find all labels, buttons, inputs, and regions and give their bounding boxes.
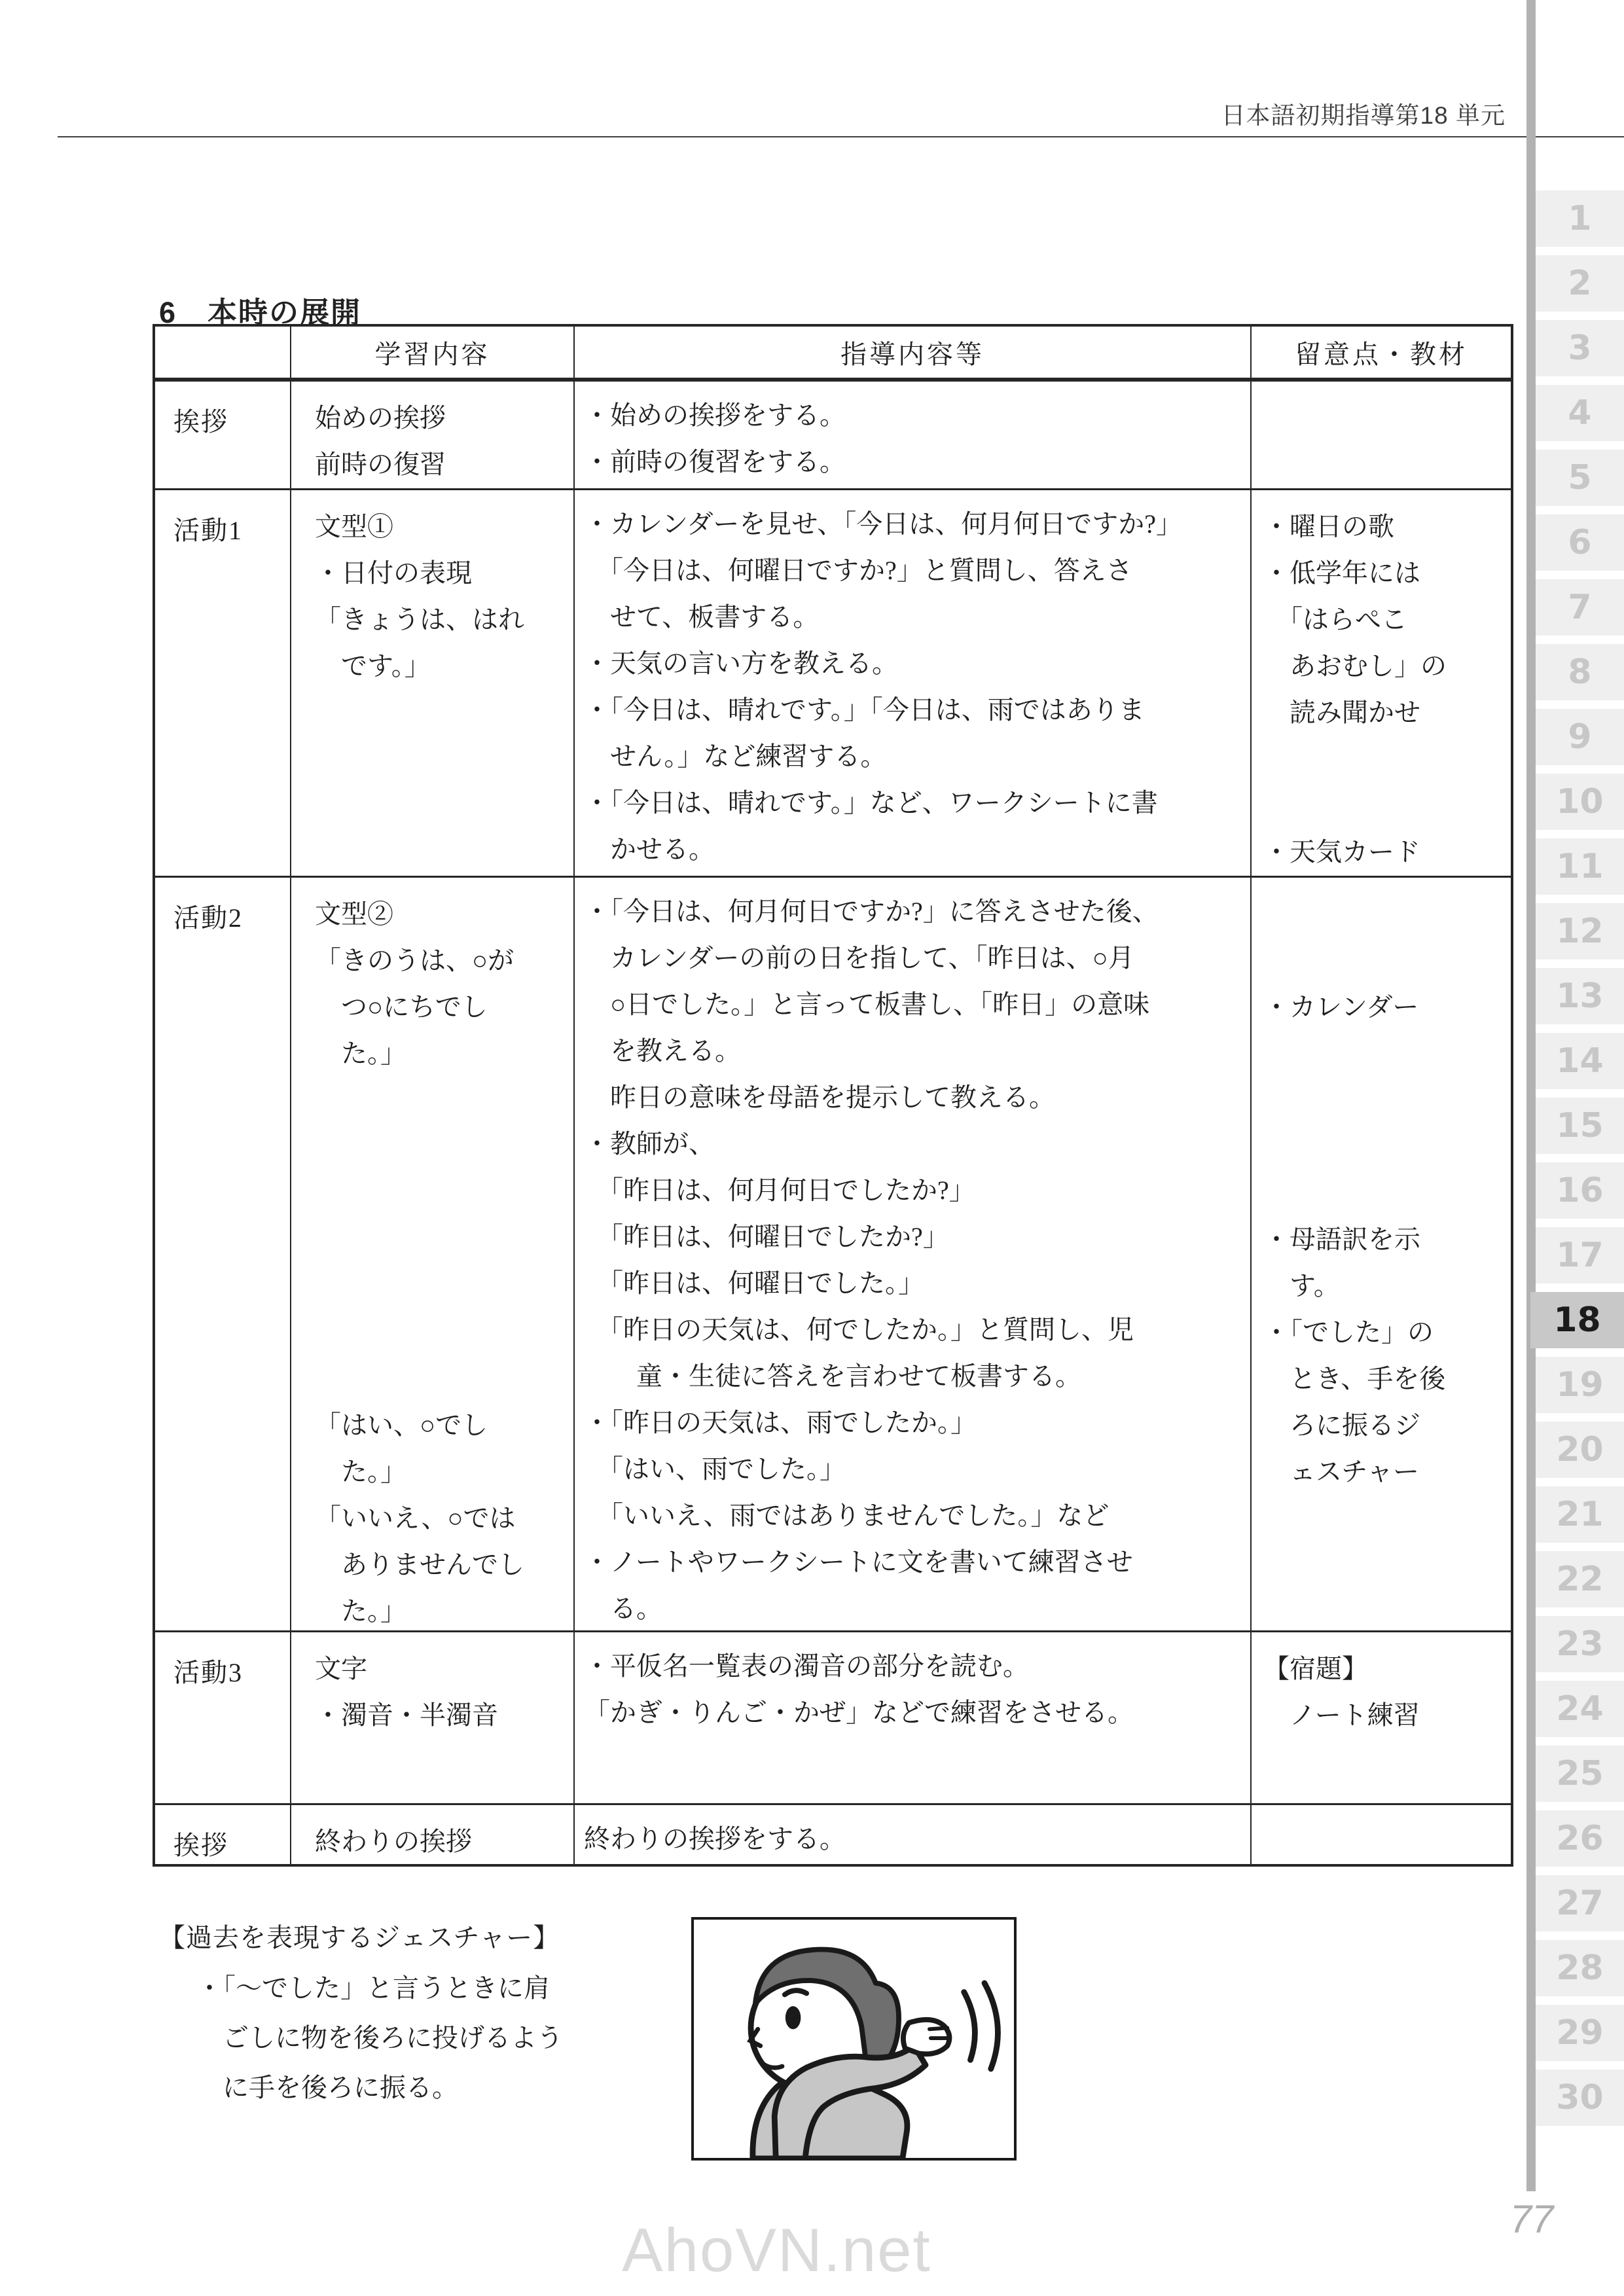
text-line: ・低学年には [1263, 550, 1511, 596]
text-line: ・カレンダーを見せ、「今日は、何月何日ですか?」 [584, 501, 1250, 547]
row-greeting-label: 挨拶 [155, 382, 291, 490]
text-line: 読み聞かせ [1263, 689, 1511, 736]
gesture-note: 【過去を表現するジェスチャー】 ・「〜でした」と言うときに肩 ごしに物を後ろに投… [159, 1912, 563, 2113]
text-line: ・天気の言い方を教える。 [584, 640, 1250, 687]
gesture-illustration [691, 1917, 1017, 2161]
text-line: ・母語訳を示 [1263, 1216, 1511, 1263]
text-line: に手を後ろに振る。 [196, 2063, 563, 2113]
row-activity3-label: 活動3 [155, 1632, 291, 1805]
text-line [1263, 736, 1511, 782]
text-line: 「はらぺこ [1263, 596, 1511, 643]
text-line: ノート練習 [1263, 1692, 1511, 1738]
text-line: せて、板書する。 [584, 594, 1250, 640]
unit-tab-1: 1 [1536, 190, 1624, 247]
text-line: 前時の復習 [315, 441, 573, 488]
unit-tab-25: 25 [1536, 1746, 1624, 1802]
text-line [1263, 1077, 1511, 1123]
unit-tab-21: 21 [1536, 1486, 1624, 1543]
col-header-learning: 学習内容 [291, 327, 575, 382]
gesture-note-title: 【過去を表現するジェスチャー】 [159, 1912, 563, 1964]
col-header-instruction: 指導内容等 [575, 327, 1252, 382]
row-closing-instruction: 終わりの挨拶をする。 [575, 1805, 1252, 1864]
text-line [1263, 782, 1511, 829]
text-line: す。 [1263, 1263, 1511, 1309]
text-line: 「昨日の天気は、何でしたか。」と質問し、児 [584, 1306, 1250, 1353]
row-activity2-label: 活動2 [155, 878, 291, 1632]
text-line [315, 1309, 573, 1355]
row-greeting-notes [1252, 382, 1511, 490]
document-page: 日本語初期指導第18 単元 12345678910111213141516171… [0, 0, 1624, 2296]
text-line: カレンダーの前の日を指して、「昨日は、○月 [584, 935, 1250, 981]
unit-tab-list: 1234567891011121314151617181920212223242… [1536, 190, 1624, 2134]
unit-tab-29: 29 [1536, 2005, 1624, 2061]
text-line: 「きのうは、○が [315, 937, 573, 984]
text-line: 始めの挨拶 [315, 395, 573, 441]
unit-tab-3: 3 [1536, 320, 1624, 376]
text-line: 「きょうは、はれ [315, 596, 573, 643]
text-line: ・日付の表現 [315, 550, 573, 596]
text-line: 文型② [315, 891, 573, 937]
text-line: ・「でした」の [1263, 1309, 1511, 1355]
unit-tab-11: 11 [1536, 838, 1624, 895]
unit-tab-5: 5 [1536, 450, 1624, 506]
row-activity2-notes: ・カレンダー ・母語訳を示 す。・「でした」の とき、手を後 ろに振るジ ェスチ… [1252, 878, 1511, 1632]
text-line: ・「今日は、晴れです。」など、ワークシートに書 [584, 780, 1250, 826]
text-line [1263, 1123, 1511, 1170]
unit-tab-4: 4 [1536, 385, 1624, 441]
col-header-empty [155, 327, 291, 382]
col-header-notes: 留意点・教材 [1252, 327, 1511, 382]
text-line: ェスチャー [1263, 1448, 1511, 1495]
row-greeting-learning: 始めの挨拶前時の復習 [291, 382, 575, 490]
text-line [315, 1263, 573, 1309]
row-activity1-learning: 文型①・日付の表現「きょうは、はれ です。」 [291, 490, 575, 878]
header-rule [58, 136, 1624, 137]
text-line: る。 [584, 1585, 1250, 1632]
text-line: とき、手を後 [1263, 1355, 1511, 1402]
unit-tab-12: 12 [1536, 903, 1624, 960]
text-line: 「今日は、何曜日ですか?」と質問し、答えさ [584, 547, 1250, 594]
text-line: 「いいえ、雨ではありませんでした。」など [584, 1492, 1250, 1539]
row-activity2-instruction: ・「今日は、何月何日ですか?」に答えさせた後、 カレンダーの前の日を指して、「昨… [575, 878, 1252, 1632]
unit-tab-19: 19 [1536, 1357, 1624, 1413]
text-line: 「昨日は、何月何日でしたか?」 [584, 1167, 1250, 1213]
text-line [1263, 1030, 1511, 1077]
unit-tab-18: 18 [1530, 1292, 1624, 1348]
unit-tab-24: 24 [1536, 1681, 1624, 1737]
text-line: 文字 [315, 1645, 573, 1692]
lesson-plan-table: 学習内容 指導内容等 留意点・教材 挨拶 始めの挨拶前時の復習 ・始めの挨拶をす… [153, 324, 1513, 1867]
unit-tab-20: 20 [1536, 1422, 1624, 1478]
text-line: ありませんでし [315, 1541, 573, 1588]
text-line: ・前時の復習をする。 [584, 439, 1250, 485]
unit-tab-16: 16 [1536, 1162, 1624, 1219]
unit-tab-27: 27 [1536, 1875, 1624, 1931]
text-line [315, 1077, 573, 1123]
unit-tab-30: 30 [1536, 2070, 1624, 2126]
text-line: つ○にちでし [315, 984, 573, 1030]
row-activity3-notes: 【宿題】 ノート練習 [1252, 1632, 1511, 1805]
text-line: ・「今日は、晴れです。」「今日は、雨ではありま [584, 687, 1250, 733]
text-line: 終わりの挨拶をする。 [584, 1816, 1250, 1862]
row-closing-label: 挨拶 [155, 1805, 291, 1864]
text-line: ・天気カード [1263, 829, 1511, 875]
unit-tab-23: 23 [1536, 1616, 1624, 1672]
unit-tab-17: 17 [1536, 1227, 1624, 1283]
unit-tab-28: 28 [1536, 1940, 1624, 1996]
text-line: です。」 [315, 643, 573, 689]
row-activity3-learning: 文字・濁音・半濁音 [291, 1632, 575, 1805]
text-line: ・濁音・半濁音 [315, 1692, 573, 1738]
row-closing-notes [1252, 1805, 1511, 1864]
text-line [1263, 1170, 1511, 1216]
text-line: 「かぎ・りんご・かぜ」などで練習をさせる。 [584, 1689, 1250, 1736]
unit-tab-15: 15 [1536, 1098, 1624, 1154]
text-line: た。」 [315, 1448, 573, 1495]
unit-tab-14: 14 [1536, 1033, 1624, 1089]
text-line: せん。」など練習する。 [584, 733, 1250, 780]
row-activity1-notes: ・曜日の歌・低学年には 「はらぺこ あおむし」の 読み聞かせ ・天気カード [1252, 490, 1511, 878]
text-line: 童・生徒に答えを言わせて板書する。 [584, 1353, 1250, 1399]
text-line: ・「今日は、何月何日ですか?」に答えさせた後、 [584, 888, 1250, 935]
text-line: 【宿題】 [1263, 1645, 1511, 1692]
unit-tab-10: 10 [1536, 774, 1624, 830]
text-line: 「昨日は、何曜日でした。」 [584, 1260, 1250, 1306]
text-line: ○日でした。」と言って板書し、「昨日」の意味 [584, 981, 1250, 1028]
text-line: ・始めの挨拶をする。 [584, 392, 1250, 439]
text-line: 「はい、雨でした。」 [584, 1446, 1250, 1492]
text-line [315, 1355, 573, 1402]
row-activity2-learning: 文型②「きのうは、○が つ○にちでし た。」 「はい、○でし た。」「いいえ、○… [291, 878, 575, 1632]
text-line: た。」 [315, 1588, 573, 1632]
text-line: ・曜日の歌 [1263, 503, 1511, 550]
unit-tab-7: 7 [1536, 579, 1624, 636]
text-line: ・平仮名一覧表の濁音の部分を読む。 [584, 1643, 1250, 1689]
text-line: ろに振るジ [1263, 1402, 1511, 1448]
text-line: ・「昨日の天気は、雨でしたか。」 [584, 1399, 1250, 1446]
unit-tab-2: 2 [1536, 255, 1624, 312]
sidebar-rail [1526, 0, 1536, 2191]
text-line: ・「〜でした」と言うときに肩 [196, 1964, 563, 2013]
gesture-note-lines: ・「〜でした」と言うときに肩 ごしに物を後ろに投げるよう に手を後ろに振る。 [159, 1964, 563, 2113]
text-line: を教える。 [584, 1028, 1250, 1074]
text-line: 「昨日は、何曜日でしたか?」 [584, 1213, 1250, 1260]
text-line: あおむし」の [1263, 643, 1511, 689]
text-line: ・教師が、 [584, 1121, 1250, 1167]
page-number: 77 [1499, 2197, 1564, 2242]
text-line: 昨日の意味を母語を提示して教える。 [584, 1074, 1250, 1121]
text-line: 「いいえ、○では [315, 1495, 573, 1541]
text-line [315, 1170, 573, 1216]
text-line [315, 1216, 573, 1263]
watermark: AhoVN.net [622, 2215, 931, 2286]
row-activity3-instruction: ・平仮名一覧表の濁音の部分を読む。「かぎ・りんご・かぜ」などで練習をさせる。 [575, 1632, 1252, 1805]
running-header: 日本語初期指導第18 単元 [1221, 96, 1506, 131]
text-line [315, 1123, 573, 1170]
unit-tab-13: 13 [1536, 968, 1624, 1024]
text-line: 「はい、○でし [315, 1402, 573, 1448]
row-activity1-label: 活動1 [155, 490, 291, 878]
unit-tab-22: 22 [1536, 1551, 1624, 1607]
row-greeting-instruction: ・始めの挨拶をする。・前時の復習をする。 [575, 382, 1252, 490]
unit-tab-8: 8 [1536, 644, 1624, 700]
text-line: 文型① [315, 503, 573, 550]
row-closing-learning: 終わりの挨拶 [291, 1805, 575, 1864]
row-activity1-instruction: ・カレンダーを見せ、「今日は、何月何日ですか?」 「今日は、何曜日ですか?」と質… [575, 490, 1252, 878]
text-line [1263, 937, 1511, 984]
person-throwing-hand-over-shoulder-icon [694, 1920, 1014, 2158]
text-line: ごしに物を後ろに投げるよう [196, 2013, 563, 2063]
text-line: ・ノートやワークシートに文を書いて練習させ [584, 1539, 1250, 1585]
text-line: ・カレンダー [1263, 984, 1511, 1030]
text-line: 終わりの挨拶 [315, 1818, 573, 1864]
unit-tab-26: 26 [1536, 1810, 1624, 1867]
text-line [1263, 891, 1511, 937]
text-line: かせる。 [584, 826, 1250, 872]
unit-tab-9: 9 [1536, 709, 1624, 765]
unit-tab-6: 6 [1536, 514, 1624, 571]
text-line: た。」 [315, 1030, 573, 1077]
